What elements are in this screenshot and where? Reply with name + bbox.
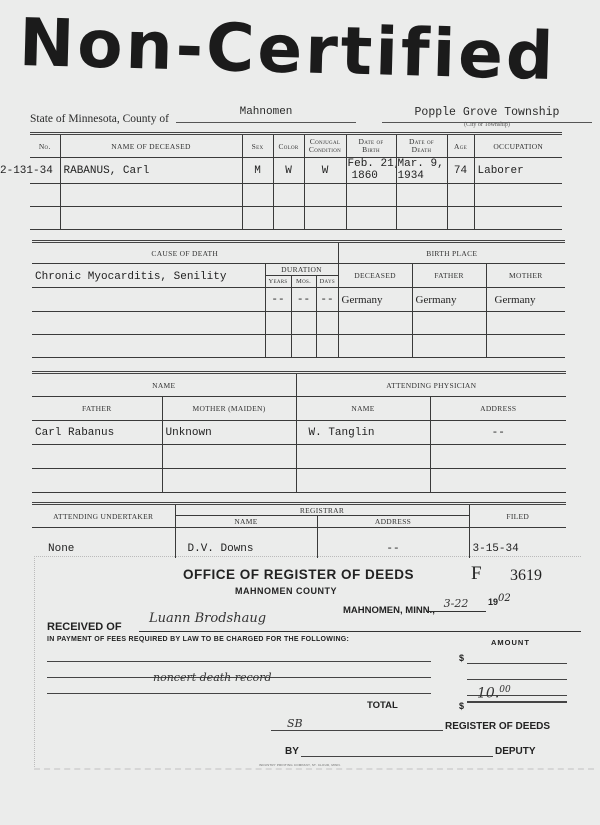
fee-line-1 xyxy=(47,647,431,662)
record-number: 2-131-34 xyxy=(0,165,53,177)
payment-text: IN PAYMENT OF FEES REQUIRED BY LAW TO BE… xyxy=(47,636,349,643)
form-letter: F xyxy=(471,563,482,585)
state-county-label: State of Minnesota, County of xyxy=(30,113,169,125)
col-sex: Sex xyxy=(242,134,273,158)
deceased-name: RABANUS, Carl xyxy=(60,158,242,184)
registrar-header: REGISTRAR xyxy=(175,504,469,516)
physician-name-value: W. Tanglin xyxy=(296,421,430,445)
death-record-document: Non-Certified State of Minnesota, County… xyxy=(0,0,600,825)
attending-physician-header: ATTENDING PHYSICIAN xyxy=(296,373,566,397)
amount-line-1 xyxy=(467,649,567,664)
col-color: Color xyxy=(273,134,304,158)
conjugal-value: W xyxy=(304,158,346,184)
father-value: Carl Rabanus xyxy=(32,421,162,445)
birthplace-mother-value: Germany xyxy=(486,288,565,312)
col-dod: Date of Death xyxy=(396,134,447,158)
receipt-year-value: 02 xyxy=(498,593,511,604)
dob-line1: Feb. 21, xyxy=(348,159,395,171)
register-of-deeds-receipt: OFFICE OF REGISTER OF DEEDS MAHNOMEN COU… xyxy=(34,556,581,769)
table-row: 2-131-34 RABANUS, Carl M W W Feb. 21,186… xyxy=(30,158,562,184)
birthplace-father-col: FATHER xyxy=(412,264,486,288)
color-value: W xyxy=(273,158,304,184)
physician-address-col: ADDRESS xyxy=(430,397,566,421)
deceased-table: No. NAME OF DECEASED Sex Color Conjugal … xyxy=(30,132,562,230)
birthplace-mother-col: MOTHER xyxy=(486,264,565,288)
amount-line-2 xyxy=(467,665,567,680)
county-value: Mahnomen xyxy=(176,106,356,123)
by-label: BY xyxy=(285,746,299,757)
total-label: TOTAL xyxy=(367,700,398,711)
record-header: State of Minnesota, County of Mahnomen P… xyxy=(30,106,570,128)
duration-days-col: Days xyxy=(316,276,338,288)
dod-line1: Mar. 9, xyxy=(398,159,446,171)
fee-item: noncert death record xyxy=(153,671,272,684)
registrar-address-col: ADDRESS xyxy=(317,516,469,528)
physician-address-value: -- xyxy=(430,421,566,445)
duration-months-col: Mos. xyxy=(291,276,316,288)
col-age: Age xyxy=(447,134,474,158)
attending-undertaker-header: ATTENDING UNDERTAKER xyxy=(32,504,175,528)
col-name-of-deceased: NAME OF DECEASED xyxy=(60,134,242,158)
cause-of-death-value: Chronic Myocarditis, Senility xyxy=(32,264,265,288)
sex-value: M xyxy=(242,158,273,184)
col-dob: Date of Birth xyxy=(346,134,396,158)
township-value: Popple Grove Township xyxy=(382,106,592,123)
perforation xyxy=(34,768,594,770)
mother-maiden-col: MOTHER (Maiden) xyxy=(162,397,296,421)
deputy-label: DEPUTY xyxy=(495,746,536,757)
filed-value: 3-15-34 xyxy=(469,528,566,558)
total-value: 10.00 xyxy=(467,685,567,703)
cause-of-death-table: CAUSE OF DEATH BIRTH PLACE Chronic Myoca… xyxy=(32,240,565,358)
township-caption: (City or Township) xyxy=(382,122,592,128)
physician-name-col: NAME xyxy=(296,397,430,421)
cause-of-death-header: CAUSE OF DEATH xyxy=(32,242,338,264)
birth-place-header: BIRTH PLACE xyxy=(338,242,565,264)
register-of-deeds-label: REGISTER OF DEEDS xyxy=(445,721,550,732)
duration-days-value: -- xyxy=(316,288,338,312)
parents-physician-table: NAME ATTENDING PHYSICIAN FATHER MOTHER (… xyxy=(32,371,566,493)
birthplace-father-value: Germany xyxy=(412,288,486,312)
registrar-table: ATTENDING UNDERTAKER REGISTRAR FILED NAM… xyxy=(32,502,566,558)
duration-header: DURATION xyxy=(265,264,338,276)
registrar-address-value: -- xyxy=(317,528,469,558)
receipt-date: 3-22 xyxy=(426,597,486,612)
registrar-name-col: NAME xyxy=(175,516,317,528)
birthplace-deceased-value: Germany xyxy=(338,288,412,312)
occupation-value: Laborer xyxy=(474,158,562,184)
parent-name-header: NAME xyxy=(32,373,296,397)
table-row: Carl Rabanus Unknown W. Tanglin -- xyxy=(32,421,566,445)
col-no: No. xyxy=(30,134,60,158)
dod-line2: 1934 xyxy=(398,171,446,183)
duration-years-value: -- xyxy=(265,288,291,312)
amount-label: AMOUNT xyxy=(491,638,530,647)
received-of-label: RECEIVED OF xyxy=(47,621,122,633)
col-occupation: OCCUPATION xyxy=(474,134,562,158)
non-certified-stamp: Non-Certified xyxy=(18,10,557,90)
received-of-value: Luann Brodshaug xyxy=(139,611,581,632)
register-signature: SB xyxy=(271,717,443,731)
duration-years-col: Years xyxy=(265,276,291,288)
total-dollar-sign: $ xyxy=(459,701,464,711)
receipt-title: OFFICE OF REGISTER OF DEEDS xyxy=(183,567,414,582)
registrar-name-value: D.V. Downs xyxy=(175,528,317,558)
mother-value: Unknown xyxy=(162,421,296,445)
form-number: 3619 xyxy=(510,567,542,585)
col-conjugal: Conjugal Condition xyxy=(304,134,346,158)
father-col: FATHER xyxy=(32,397,162,421)
undertaker-value: None xyxy=(32,528,175,558)
filed-header: FILED xyxy=(469,504,566,528)
deputy-signature-line xyxy=(301,742,493,757)
printer-imprint: INDUSTRY PRINTING COMPANY, ST. CLOUD, MI… xyxy=(259,763,341,767)
table-row: None D.V. Downs -- 3-15-34 xyxy=(32,528,566,558)
duration-months-value: -- xyxy=(291,288,316,312)
dollar-sign: $ xyxy=(459,653,464,663)
birthplace-deceased-col: DECEASED xyxy=(338,264,412,288)
table-row: -- -- -- Germany Germany Germany xyxy=(32,288,565,312)
receipt-county: MAHNOMEN COUNTY xyxy=(235,586,337,596)
receipt-year: 1902 xyxy=(488,593,511,607)
dob-line2: 1860 xyxy=(348,171,395,183)
age-value: 74 xyxy=(447,158,474,184)
